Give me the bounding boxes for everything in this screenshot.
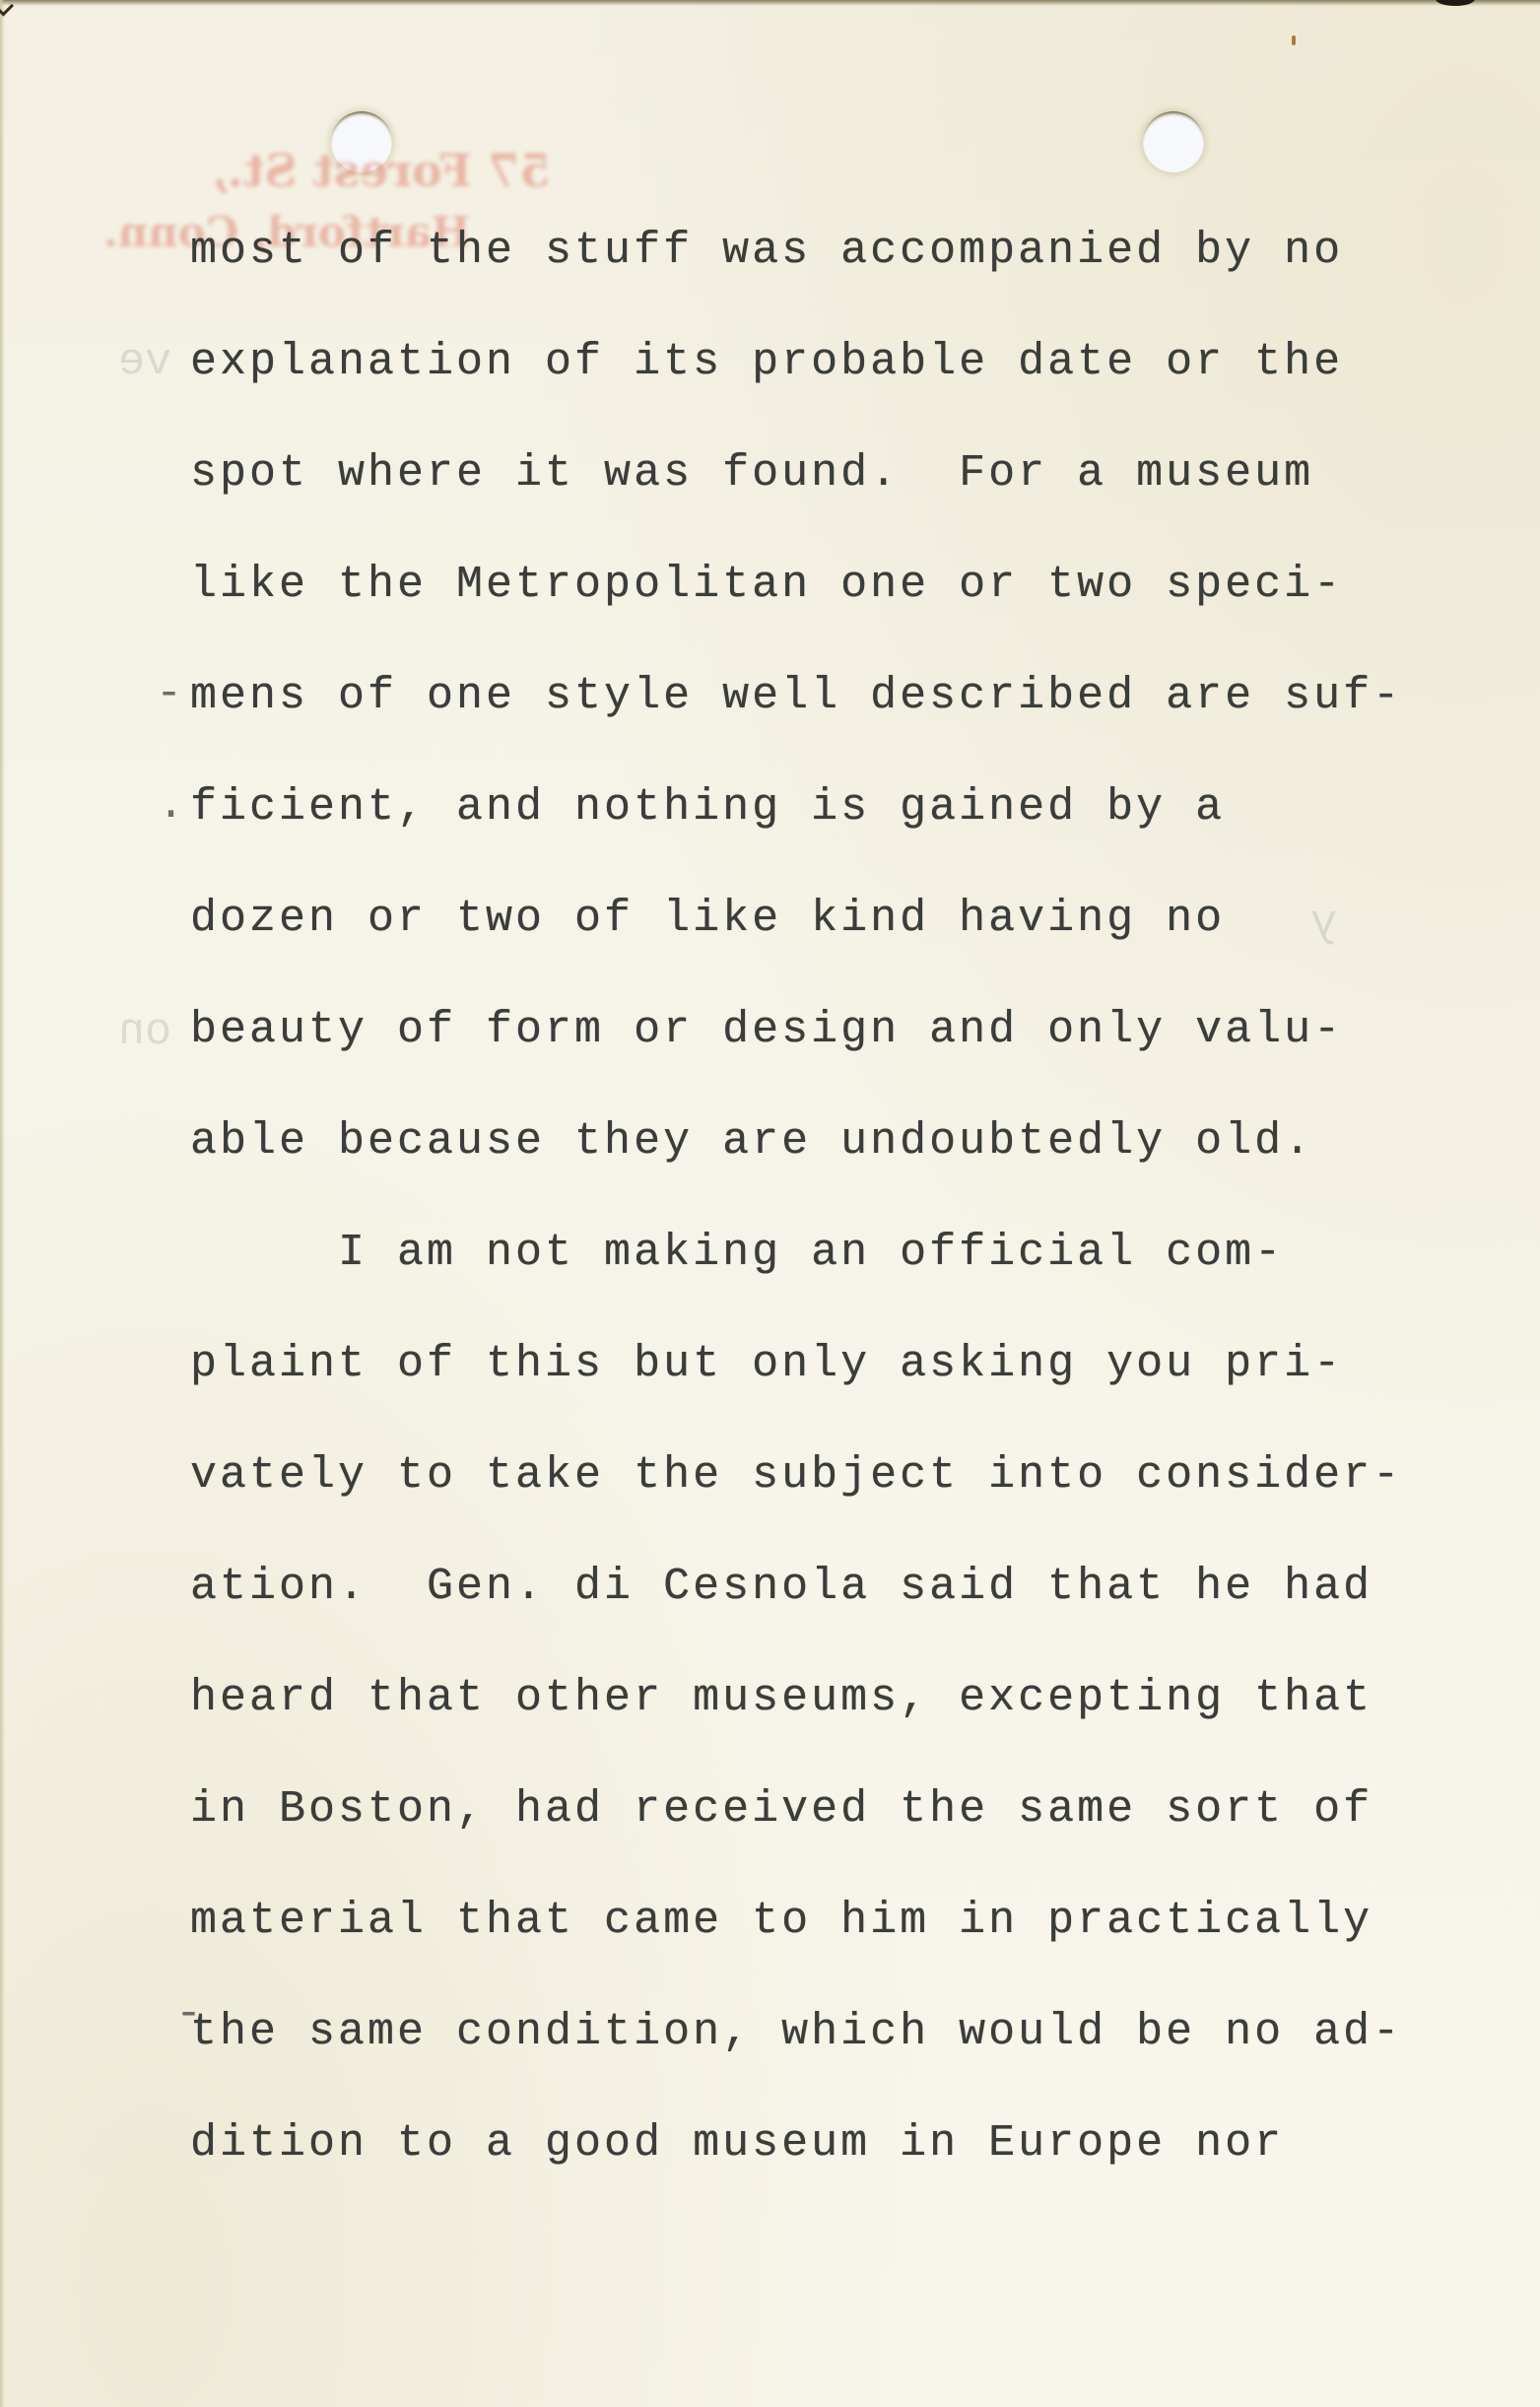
text-line: most of the stuff was accompanied by no [190, 229, 1343, 273]
text-line: spot where it was found. For a museum [190, 451, 1313, 496]
margin-dash: - [156, 672, 182, 716]
text-line: the same condition, which would be no ad… [190, 2010, 1402, 2054]
text-line: I am not making an official com- [190, 1231, 1284, 1275]
bleed-through-text: ve [118, 340, 171, 384]
text-line: able because they are undoubtedly old. [190, 1119, 1313, 1164]
text-line: dition to a good museum in Europe nor [190, 2121, 1284, 2166]
text-line: dozen or two of like kind having no [190, 897, 1225, 941]
punch-hole-right [1143, 111, 1204, 172]
bleed-through-text: on [118, 1010, 171, 1054]
paper-left-edge [0, 0, 5, 2407]
paper-top-edge [0, 0, 1540, 6]
text-line: explanation of its probable date or the [190, 340, 1343, 384]
address-stamp-offset-line1: 57 Forest St., [212, 148, 551, 193]
text-line: plaint of this but only asking you pri- [190, 1342, 1343, 1386]
document-page: 57 Forest St., Hartford, Conn. ve on y -… [0, 0, 1540, 2407]
rust-spot [1292, 35, 1296, 45]
text-line: like the Metropolitan one or two speci- [190, 563, 1343, 607]
text-line: vately to take the subject into consider… [190, 1453, 1402, 1498]
text-line: ation. Gen. di Cesnola said that he had [190, 1565, 1373, 1609]
text-line: mens of one style well described are suf… [190, 674, 1402, 718]
text-line: heard that other museums, excepting that [190, 1676, 1373, 1720]
bleed-through-text: y [1310, 902, 1337, 946]
text-line: beauty of form or design and only valu- [190, 1008, 1343, 1052]
text-line: in Boston, had received the same sort of [190, 1787, 1373, 1832]
margin-dot: . [158, 783, 184, 828]
text-line: material that came to him in practically [190, 1899, 1373, 1943]
text-line: ficient, and nothing is gained by a [190, 785, 1225, 830]
